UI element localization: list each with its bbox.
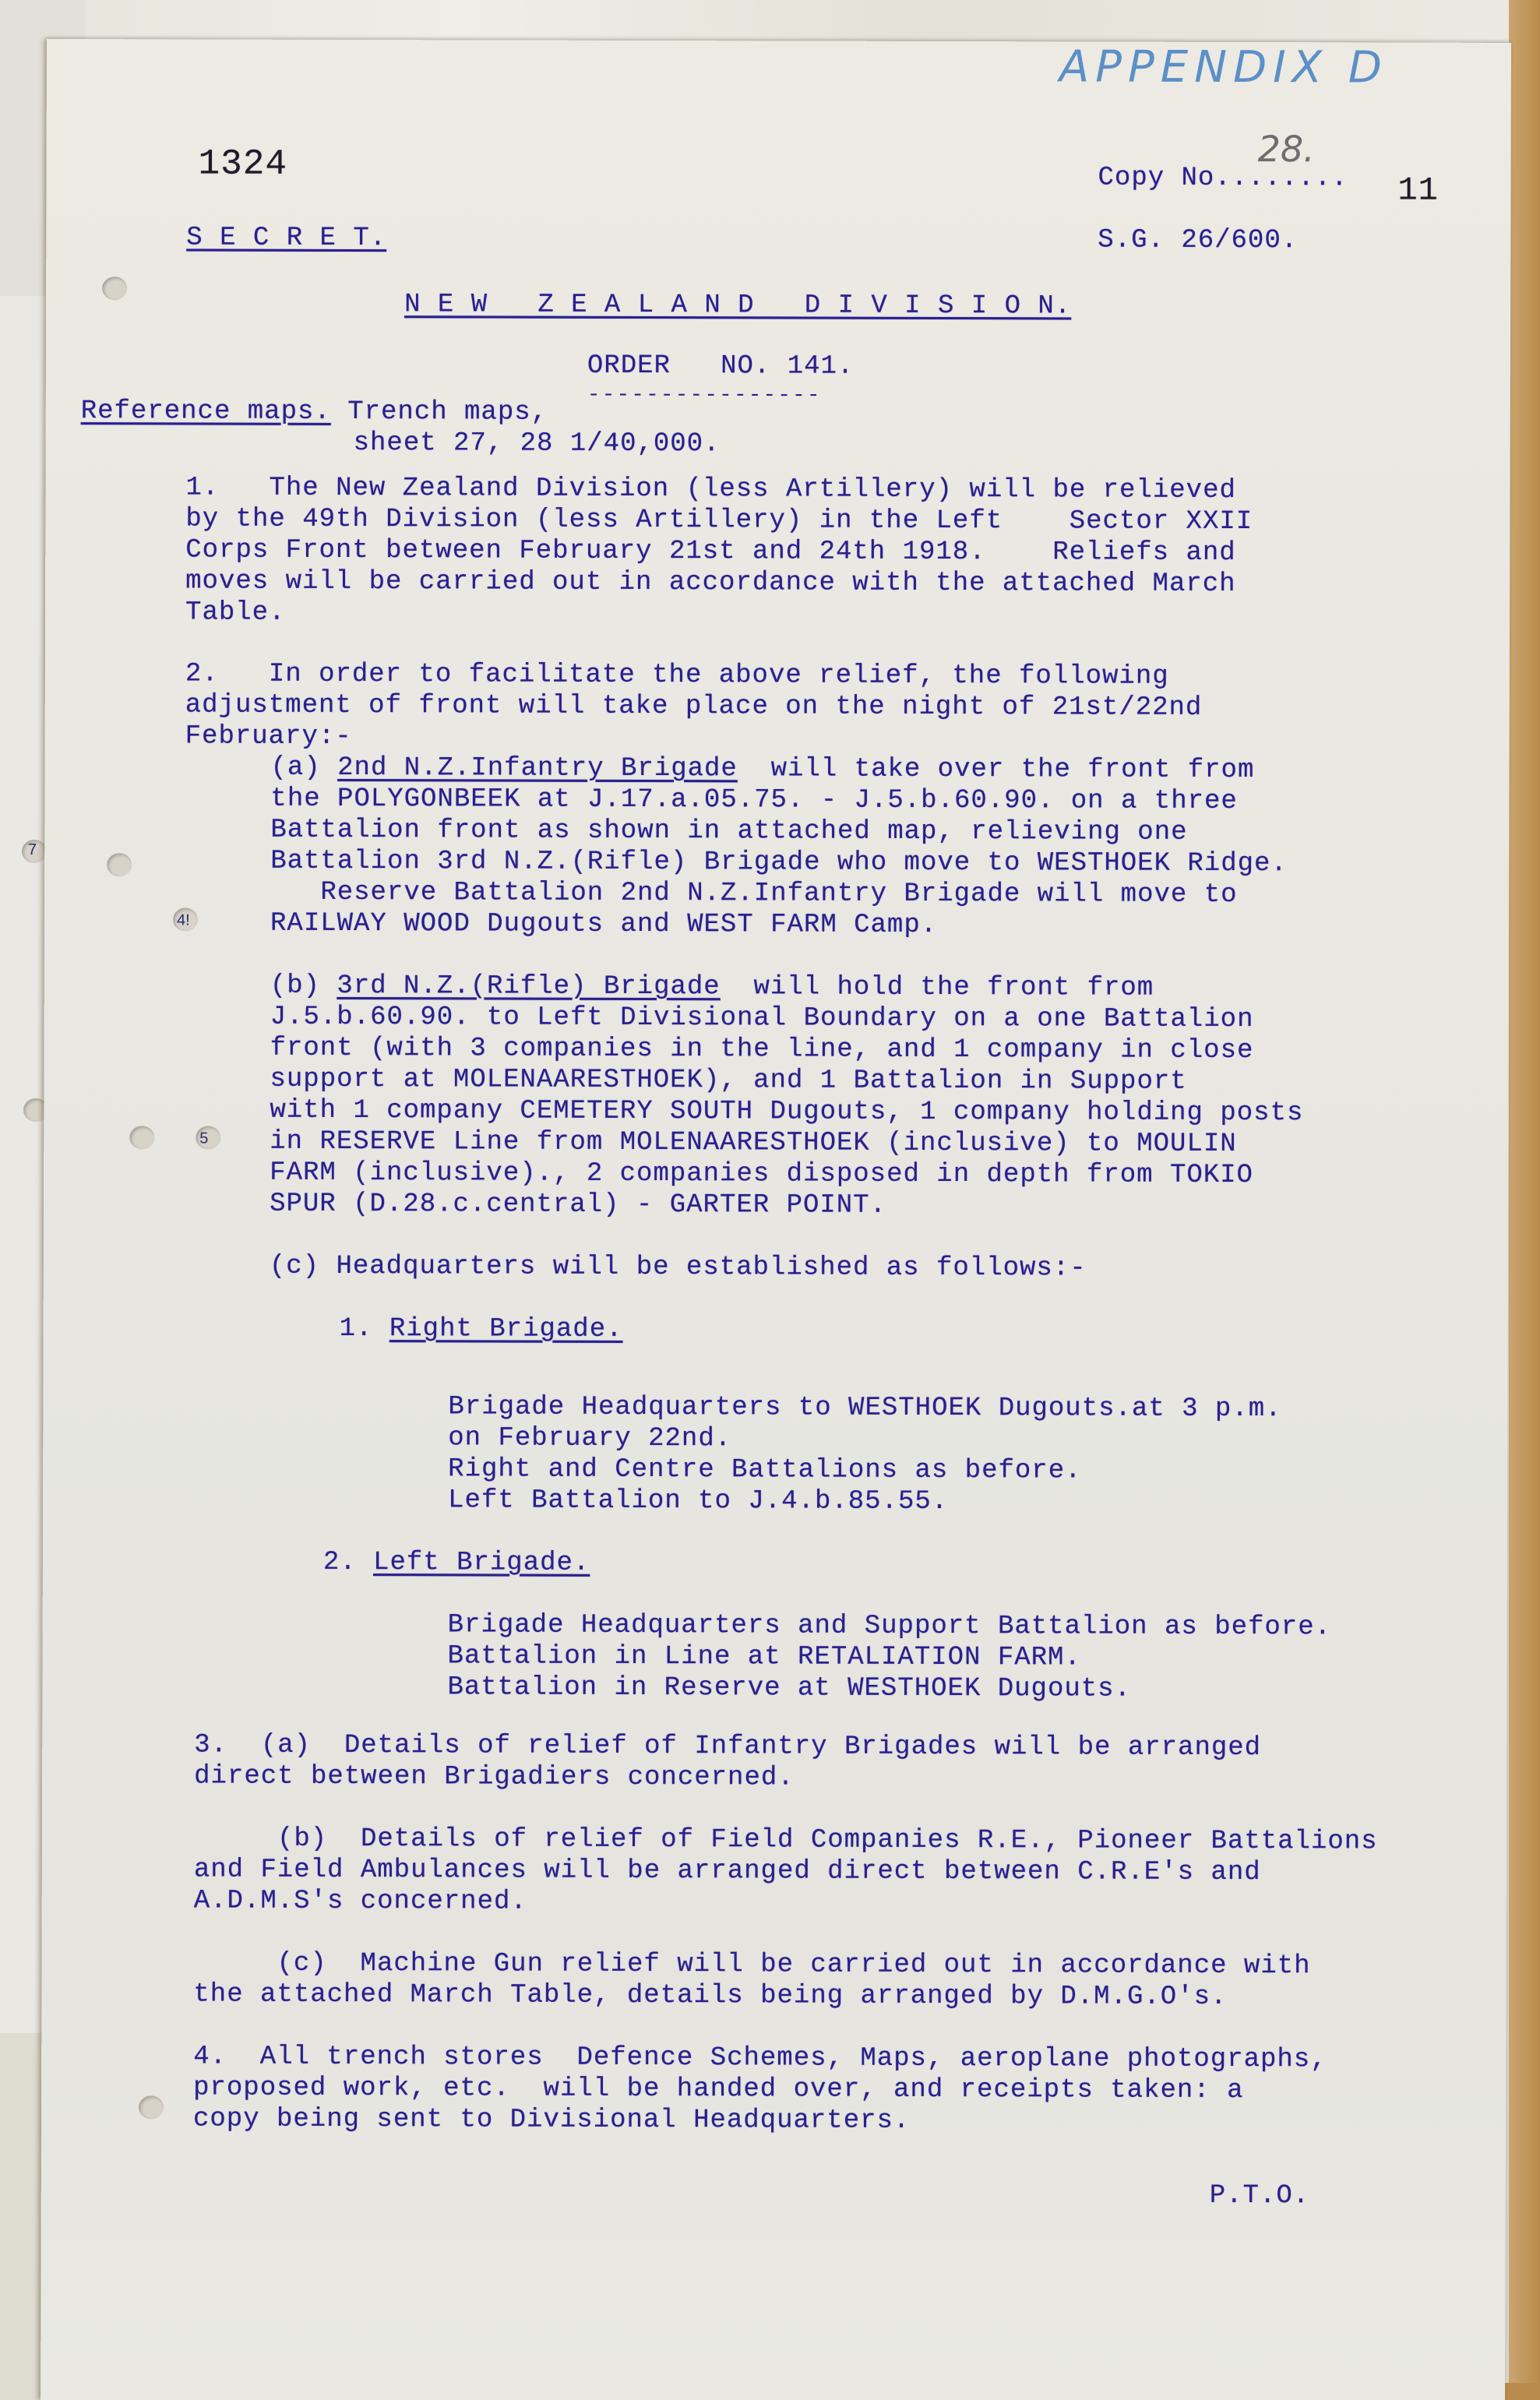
text-line: on February 22nd. bbox=[448, 1422, 731, 1454]
hole-label: 4! bbox=[177, 911, 190, 929]
text-line: front (with 3 companies in the line, and… bbox=[270, 1033, 1254, 1066]
page-number: 11 bbox=[1397, 175, 1439, 206]
punch-hole bbox=[107, 853, 132, 876]
text-line: 1. The New Zealand Division (less Artill… bbox=[185, 472, 1236, 506]
reference-code: S.G. 26/600. bbox=[1098, 225, 1298, 257]
text-line: proposed work, etc. will be handed over,… bbox=[193, 2073, 1244, 2107]
copy-label: Copy No........ bbox=[1098, 163, 1348, 195]
text-line: adjustment of front will take place on t… bbox=[185, 689, 1203, 723]
hq-right-brigade-heading: 1. Right Brigade. bbox=[340, 1313, 623, 1345]
reference-maps-label: Reference maps. bbox=[81, 396, 331, 427]
item-number: 2. bbox=[323, 1548, 373, 1577]
text-line: support at MOLENAARESTHOEK), and 1 Batta… bbox=[270, 1064, 1186, 1098]
text-line: Reserve Battalion 2nd N.Z.Infantry Briga… bbox=[270, 877, 1238, 911]
text-line: 3. (a) Details of relief of Infantry Bri… bbox=[194, 1730, 1261, 1764]
text-line: will take over the front from bbox=[738, 754, 1255, 785]
text-line: Corps Front between February 21st and 24… bbox=[185, 534, 1236, 569]
text-line: Table. bbox=[185, 597, 286, 628]
text-line: Brigade Headquarters and Support Battali… bbox=[448, 1609, 1331, 1643]
appendix-annotation: APPENDIX D bbox=[1059, 41, 1388, 93]
reference-maps: Reference maps. Trench maps, bbox=[81, 396, 548, 428]
punch-hole bbox=[129, 1126, 154, 1149]
text-line: 4. All trench stores Defence Schemes, Ma… bbox=[193, 2042, 1327, 2076]
text-line: Battalion in Reserve at WESTHOEK Dugouts… bbox=[447, 1672, 1131, 1704]
text-line: Right and Centre Battalions as before. bbox=[448, 1454, 1081, 1486]
brigade-heading: 3rd N.Z.(Rifle) Brigade bbox=[337, 971, 720, 1002]
text-line: in RESERVE Line from MOLENAARESTHOEK (in… bbox=[270, 1126, 1237, 1160]
document-title: N E W Z E A L A N D D I V I S I O N. bbox=[404, 289, 1071, 322]
file-number: 1324 bbox=[199, 149, 288, 180]
text-line: moves will be carried out in accordance … bbox=[185, 566, 1236, 600]
text-line: will hold the front from bbox=[721, 972, 1154, 1003]
text-line: (c) Machine Gun relief will be carried o… bbox=[193, 1948, 1310, 1982]
wooden-table-edge bbox=[1509, 0, 1540, 2400]
hq-left-brigade-heading: 2. Left Brigade. bbox=[323, 1547, 590, 1579]
order-underline: ---------------- bbox=[587, 383, 822, 408]
item-number: 1. bbox=[340, 1314, 389, 1344]
text-line: FARM (inclusive)., 2 companies disposed … bbox=[270, 1158, 1253, 1191]
item-letter: (a) bbox=[271, 753, 338, 783]
text-line: the attached March Table, details being … bbox=[193, 1979, 1227, 2013]
text-line: 2. In order to facilitate the above reli… bbox=[185, 658, 1169, 692]
text-line: the POLYGONBEEK at J.17.a.05.75. - J.5.b… bbox=[270, 784, 1238, 817]
text-line: RAILWAY WOOD Dugouts and WEST FARM Camp. bbox=[270, 908, 937, 941]
punch-hole bbox=[102, 277, 127, 300]
brigade-heading: 2nd N.Z.Infantry Brigade bbox=[337, 753, 738, 784]
page-turn-note: P.T.O. bbox=[1210, 2180, 1310, 2211]
reference-maps-sheet: sheet 27, 28 1/40,000. bbox=[354, 428, 721, 460]
text-line: Left Battalion to J.4.b.85.55. bbox=[448, 1485, 948, 1517]
text-line: Battalion in Line at RETALIATION FARM. bbox=[448, 1641, 1081, 1673]
text-line: J.5.b.60.90. to Left Divisional Boundary… bbox=[270, 1002, 1254, 1035]
text-line: Battalion front as shown in attached map… bbox=[270, 815, 1187, 848]
hole-label: 7 bbox=[28, 841, 37, 859]
reference-maps-text: Trench maps, bbox=[347, 397, 548, 428]
item-letter: (b) bbox=[270, 971, 337, 1001]
text-line: with 1 company CEMETERY SOUTH Dugouts, 1… bbox=[270, 1095, 1303, 1129]
text-line: February:- bbox=[185, 721, 352, 752]
hole-label: 5 bbox=[199, 1130, 208, 1148]
text-line: Battalion 3rd N.Z.(Rifle) Brigade who mo… bbox=[270, 846, 1288, 879]
text-line: SPUR (D.28.c.central) - GARTER POINT. bbox=[270, 1189, 886, 1221]
text-line: (b) Details of relief of Field Companies… bbox=[194, 1824, 1378, 1858]
text-line: by the 49th Division (less Artillery) in… bbox=[185, 503, 1253, 537]
text-line: and Field Ambulances will be arranged di… bbox=[194, 1855, 1261, 1889]
text-line: A.D.M.S's concerned. bbox=[194, 1886, 527, 1918]
subparagraph-2b-first: (b) 3rd N.Z.(Rifle) Brigade will hold th… bbox=[270, 971, 1154, 1004]
punch-hole bbox=[139, 2095, 164, 2119]
text-line: direct between Brigadiers concerned. bbox=[194, 1761, 795, 1794]
subparagraph-2a-first: (a) 2nd N.Z.Infantry Brigade will take o… bbox=[270, 752, 1254, 786]
classification-secret: S E C R E T. bbox=[186, 222, 386, 254]
text-line: copy being sent to Divisional Headquarte… bbox=[193, 2104, 910, 2137]
brigade-heading: Left Brigade. bbox=[373, 1548, 590, 1578]
text-line: Brigade Headquarters to WESTHOEK Dugouts… bbox=[448, 1391, 1281, 1425]
document-sheet: 4! 5 APPENDIX D 1324 28. Copy No........… bbox=[41, 39, 1511, 2400]
order-number: ORDER NO. 141. bbox=[587, 351, 855, 382]
brigade-heading: Right Brigade. bbox=[389, 1314, 623, 1344]
subparagraph-2c: (c) Headquarters will be established as … bbox=[270, 1251, 1087, 1285]
